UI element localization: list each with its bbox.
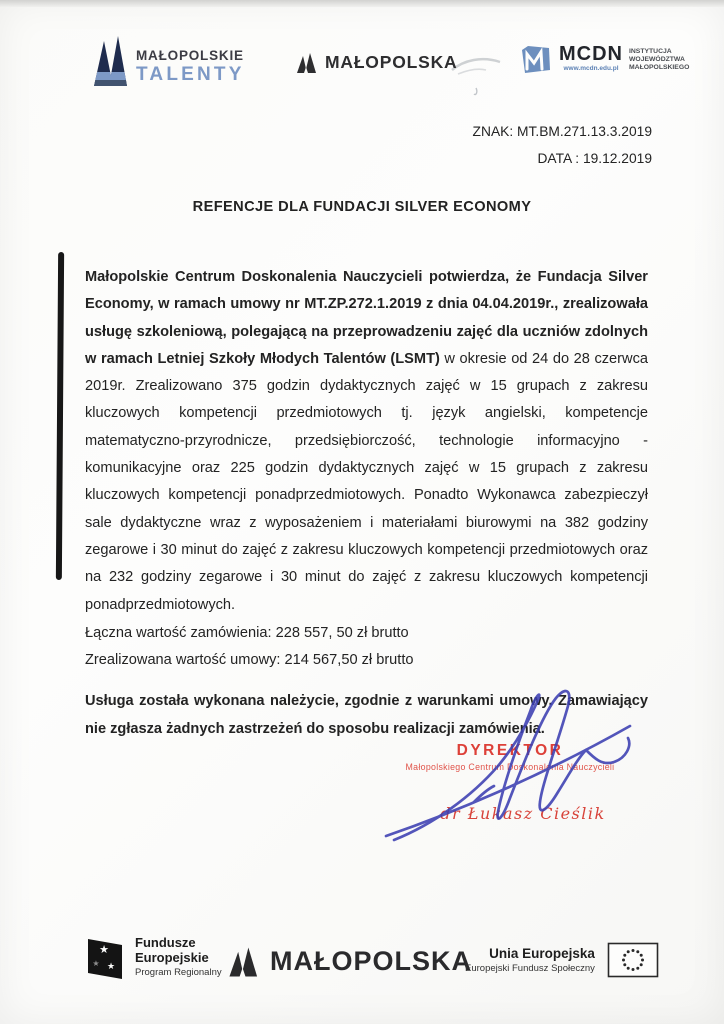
eu-flag-icon [607,942,659,978]
scan-left-edge-artifact [56,252,64,580]
realized-value-line: Zrealizowana wartość umowy: 214 567,50 z… [85,647,648,675]
scan-smudge-mark [448,48,518,98]
logo-malopolska-header: MAŁOPOLSKA [296,52,457,73]
value-lines: Łączna wartość zamówienia: 228 557, 50 z… [85,620,648,675]
mcdn-logo-url: www.mcdn.edu.pl [563,65,618,72]
talenty-logo-line1: MAŁOPOLSKIE [136,48,245,63]
malopolska-m-icon [296,53,318,73]
total-value-line: Łączna wartość zamówienia: 228 557, 50 z… [85,620,648,648]
data-line: DATA : 19.12.2019 [473,145,652,172]
svg-text:★: ★ [99,944,109,956]
malopolska-logo-label: MAŁOPOLSKA [325,52,457,73]
mcdn-m-icon [519,44,553,76]
svg-text:★: ★ [107,961,115,971]
fundusze-title-line2: Europejskie [135,951,222,966]
fundusze-flag-icon: ★ ★ ★ [84,936,126,982]
handwritten-signature [378,682,658,852]
mcdn-logo-label: MCDN [559,44,623,64]
logo-fundusze-europejskie: ★ ★ ★ Fundusze Europejskie Program Regio… [84,936,222,982]
scan-top-edge-shadow [0,0,724,7]
ue-title: Unia Europejska [465,946,595,961]
fundusze-subtitle: Program Regionalny [135,967,222,978]
main-paragraph: Małopolskie Centrum Doskonalenia Nauczyc… [85,264,648,619]
znak-line: ZNAK: MT.BM.271.13.3.2019 [473,118,652,145]
document-title: REFENCJE DLA FUNDACJI SILVER ECONOMY [0,199,724,215]
mountains-icon [88,36,130,86]
svg-text:★: ★ [92,959,99,968]
ue-subtitle: Europejski Fundusz Społeczny [465,963,595,974]
malopolska-logo-label: MAŁOPOLSKA [270,946,472,977]
logo-malopolskie-talenty: MAŁOPOLSKIE TALENTY [88,36,245,86]
logo-malopolska-footer: MAŁOPOLSKA [228,946,472,977]
main-paragraph-regular-part: w okresie od 24 do 28 czerwca 2019r. Zre… [85,351,648,613]
logo-unia-europejska: Unia Europejska Europejski Fundusz Społe… [465,942,659,978]
mcdn-side-text: INSTYTUCJA WOJEWÓDZTWA MAŁOPOLSKIEGO [629,48,693,72]
scanned-document-page: MAŁOPOLSKIE TALENTY MAŁOPOLSKA MCDN www.… [0,0,724,1024]
fundusze-title-line1: Fundusze [135,936,222,951]
talenty-logo-line2: TALENTY [136,64,245,86]
malopolska-m-icon [228,947,260,977]
logo-mcdn: MCDN www.mcdn.edu.pl INSTYTUCJA WOJEWÓDZ… [519,44,693,76]
reference-block: ZNAK: MT.BM.271.13.3.2019 DATA : 19.12.2… [473,118,652,172]
